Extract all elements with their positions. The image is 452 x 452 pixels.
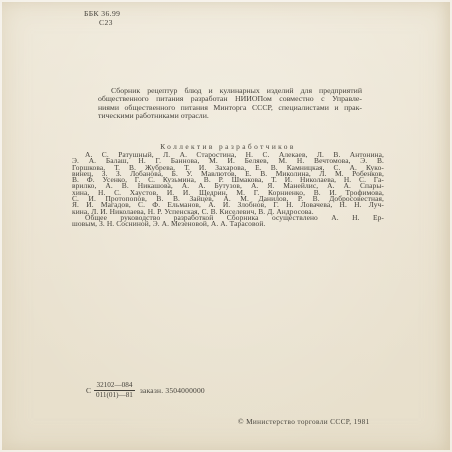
team-list: А. С. Ратушный, Л. А. Старостина, Н. С. … bbox=[72, 152, 384, 227]
copyright-notice: © Министерство торговли СССР, 1981 bbox=[238, 417, 370, 426]
management-line: шовым, З. Н. Сосниной, Э. А. Мезеновой, … bbox=[72, 221, 384, 227]
annotation-paragraph: Сборник рецептур блюд и кулинарных издел… bbox=[98, 87, 362, 121]
book-imprint-page: ББК 36.99 С23 Сборник рецептур блюд и ку… bbox=[0, 0, 452, 452]
imprint-prefix: С bbox=[86, 386, 91, 395]
imprint-fraction: 32102—084 011(01)—81 bbox=[94, 381, 135, 399]
imprint-denominator: 011(01)—81 bbox=[94, 391, 135, 400]
imprint-code-block: С 32102—084 011(01)—81 заказн. 350400000… bbox=[86, 381, 205, 399]
imprint-numerator: 32102—084 bbox=[94, 381, 135, 391]
classification-codes: ББК 36.99 С23 bbox=[84, 10, 120, 27]
author-sign-code: С23 bbox=[84, 19, 120, 28]
annotation-line: тическими работниками отрасли. bbox=[98, 112, 362, 120]
imprint-order-number: заказн. 3504000000 bbox=[140, 386, 205, 395]
